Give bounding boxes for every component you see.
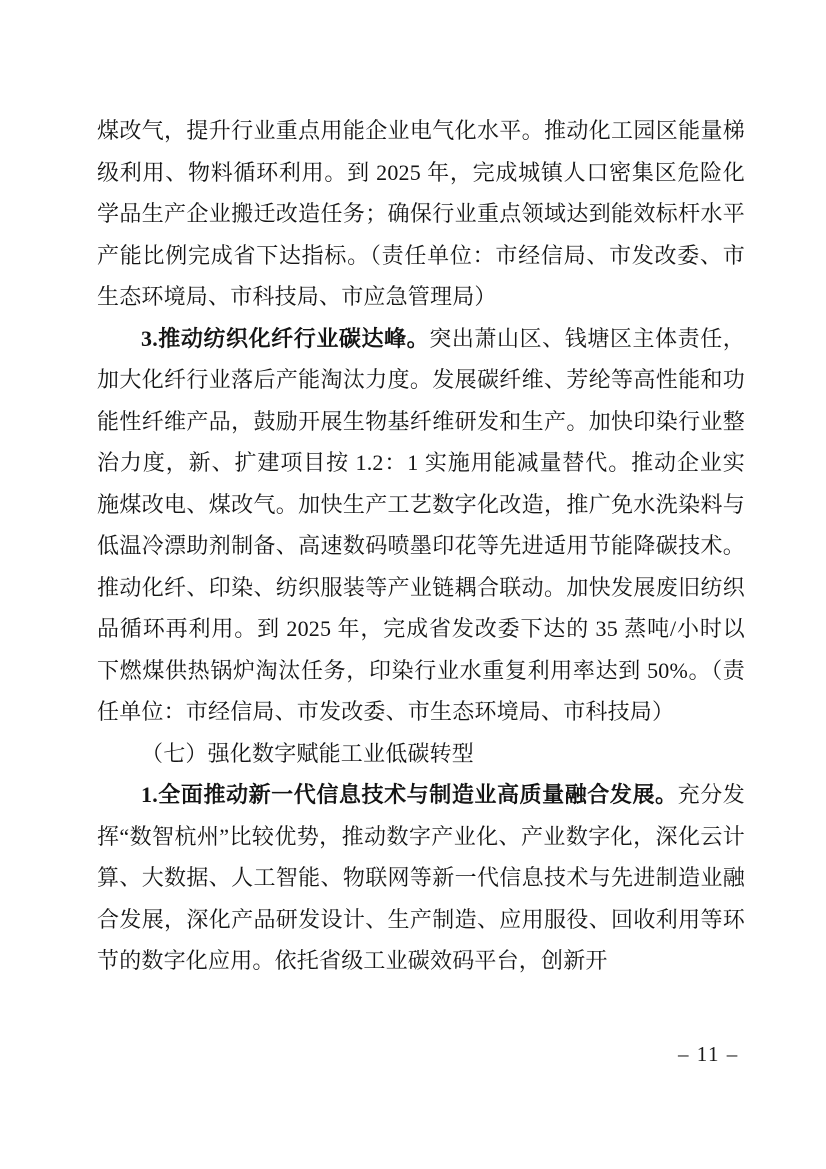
- paragraph-item-3-text: 突出萧山区、钱塘区主体责任，加大化纤行业落后产能淘汰力度。发展碳纤维、芳纶等高性…: [97, 326, 745, 725]
- paragraph-item-1: 1.全面推动新一代信息技术与制造业高质量融合发展。充分发挥“数智杭州”比较优势，…: [97, 774, 745, 982]
- page-number: – 11 –: [678, 1042, 739, 1066]
- section-heading-7-text: （七）强化数字赋能工业低碳转型: [141, 741, 474, 766]
- paragraph-continued-text: 煤改气，提升行业重点用能企业电气化水平。推动化工园区能量梯级利用、物料循环利用。…: [97, 118, 745, 309]
- paragraph-item-3: 3.推动纺织化纤行业碳达峰。突出萧山区、钱塘区主体责任，加大化纤行业落后产能淘汰…: [97, 318, 745, 733]
- paragraph-item-1-heading: 1.全面推动新一代信息技术与制造业高质量融合发展。: [141, 782, 678, 807]
- paragraph-item-3-heading: 3.推动纺织化纤行业碳达峰。: [141, 326, 429, 351]
- text-block: 煤改气，提升行业重点用能企业电气化水平。推动化工园区能量梯级利用、物料循环利用。…: [97, 110, 745, 982]
- section-heading-7: （七）强化数字赋能工业低碳转型: [97, 733, 745, 775]
- document-page: 煤改气，提升行业重点用能企业电气化水平。推动化工园区能量梯级利用、物料循环利用。…: [0, 0, 826, 1169]
- paragraph-item-1-text: 充分发挥“数智杭州”比较优势，推动数字产业化、产业数字化，深化云计算、大数据、人…: [97, 782, 745, 973]
- paragraph-continued: 煤改气，提升行业重点用能企业电气化水平。推动化工园区能量梯级利用、物料循环利用。…: [97, 110, 745, 318]
